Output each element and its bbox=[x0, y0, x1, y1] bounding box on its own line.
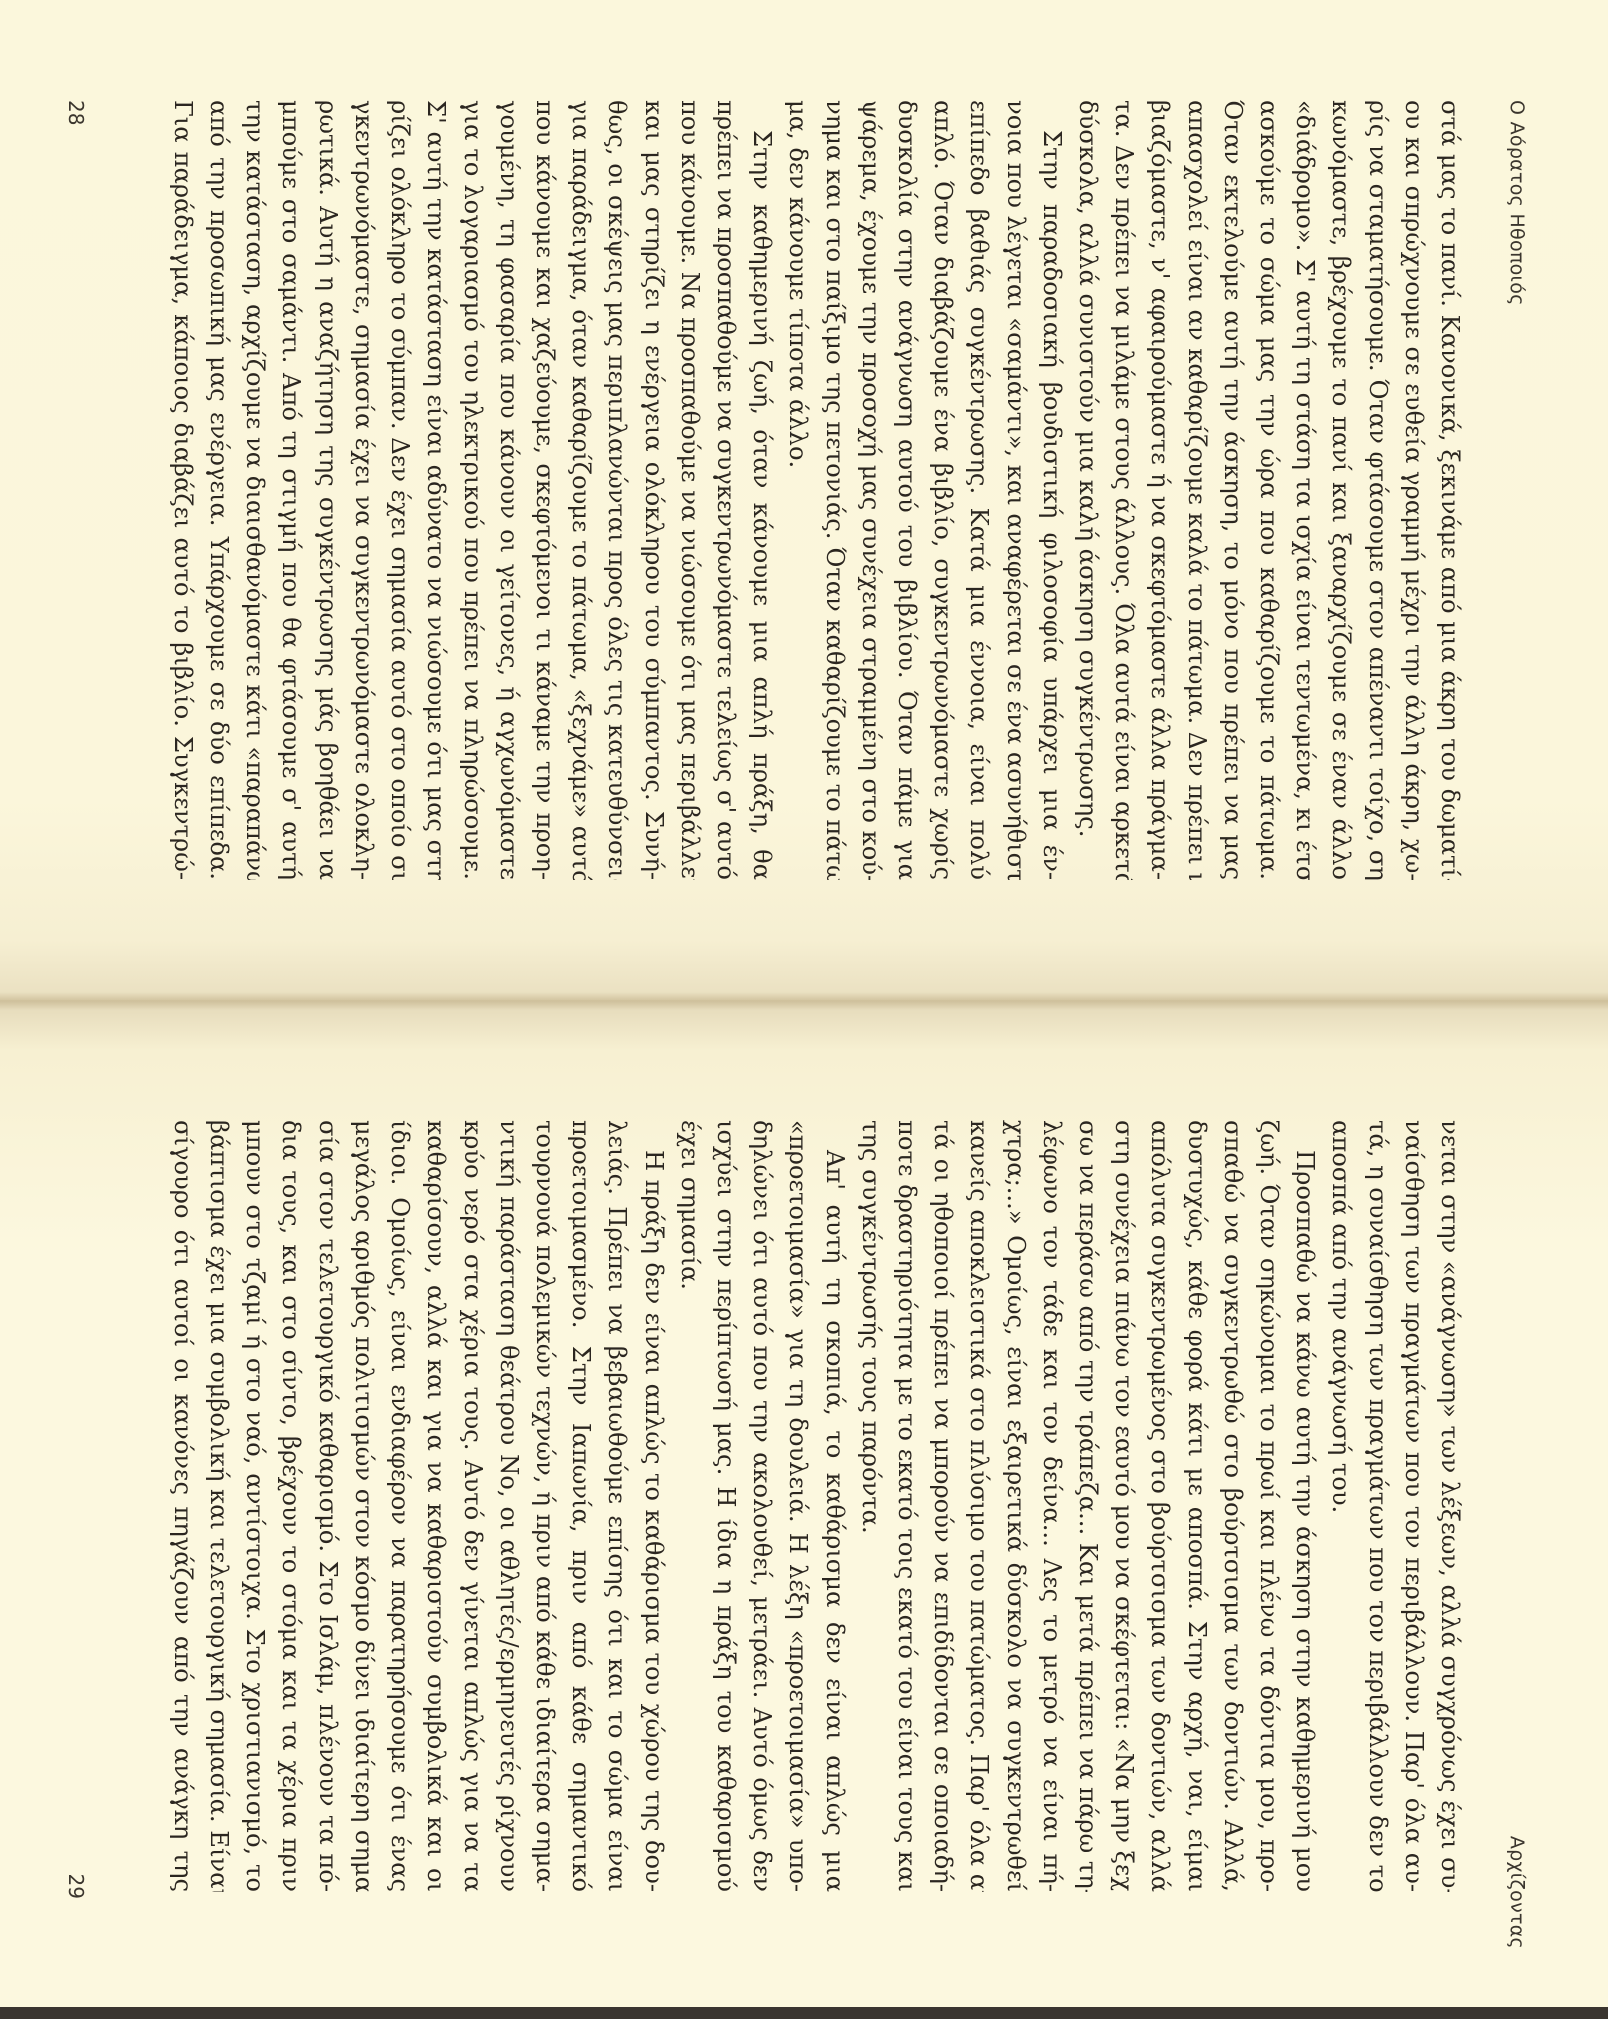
text-line: κρύο νερό στα χέρια τους. Αυτό δεν γίνετ… bbox=[454, 1120, 490, 1892]
text-line: δυστυχώς, κάθε φορά κάτι με αποσπά. Στην… bbox=[1178, 1120, 1214, 1892]
text-line: τουρνουά πολεμικών τεχνών, ή πριν από κά… bbox=[527, 1120, 563, 1892]
left-page-number: 28 bbox=[64, 100, 88, 125]
book-spine-gutter bbox=[0, 992, 1608, 1010]
text-line: προετοιμασμένο. Στην Ιαπωνία, πριν από κ… bbox=[563, 1120, 599, 1892]
text-line: ασκούμε το σώμα μας την ώρα που καθαρίζο… bbox=[1251, 100, 1287, 880]
text-line: Η πράξη δεν είναι απλώς το καθάρισμα του… bbox=[635, 1120, 671, 1892]
text-line: μεγάλος αριθμός πολιτισμών στον κόσμο δί… bbox=[346, 1120, 382, 1892]
text-line: ποτε δραστηριότητα με το εκατό τοις εκατ… bbox=[889, 1120, 925, 1892]
left-page: Ο Αόρατος Ηθοποιός στά μας το πανί. Κανο… bbox=[0, 0, 1608, 1000]
text-line: απόλυτα συγκεντρωμένος στο βούρτσισμα τω… bbox=[1142, 1120, 1178, 1892]
text-line: από την προσωπική μας ενέργεια. Υπάρχουμ… bbox=[201, 100, 237, 880]
text-line: που κάνουμε και χαζεύουμε, σκεφτόμενοι τ… bbox=[527, 100, 563, 880]
text-line: σίγουρο ότι αυτοί οι κανόνες πηγάζουν απ… bbox=[165, 1120, 201, 1892]
text-line: Στην παραδοσιακή βουδιστική φιλοσοφία υπ… bbox=[1034, 100, 1070, 880]
text-line: στη συνέχεια πιάνω τον εαυτό μου να σκέφ… bbox=[1106, 1120, 1142, 1892]
text-line: καθαρίσουν, αλλά και για να καθαριστούν … bbox=[418, 1120, 454, 1892]
text-line: «προετοιμασία» για τη δουλειά. Η λέξη «π… bbox=[780, 1120, 816, 1892]
text-line: νημα και στο παίξιμο της πετονιάς. Όταν … bbox=[816, 100, 852, 880]
text-line: την κατάσταση, αρχίζουμε να διαισθανόμασ… bbox=[237, 100, 273, 880]
text-line: έχει σημασία. bbox=[672, 1120, 708, 1892]
scanned-book-spread: Ο Αόρατος Ηθοποιός στά μας το πανί. Κανο… bbox=[0, 0, 1608, 2019]
text-line: κωνόμαστε, βρέχουμε το πανί και ξαναρχίζ… bbox=[1323, 100, 1359, 880]
text-line: για παράδειγμα, όταν καθαρίζουμε το πάτω… bbox=[563, 100, 599, 880]
text-line: ναίσθηση των πραγμάτων που τον περιβάλλο… bbox=[1396, 1120, 1432, 1892]
text-line: βάπτισμα έχει μια συμβολική και τελετουρ… bbox=[201, 1120, 237, 1892]
text-line: μπούμε στο σαμάντι. Από τη στιγμή που θα… bbox=[273, 100, 309, 880]
text-line: μπουν στο τζαμί ή στο ναό, αντίστοιχα. Σ… bbox=[237, 1120, 273, 1892]
text-line: σία στον τελετουργικό καθαρισμό. Στο Ισλ… bbox=[310, 1120, 346, 1892]
text-line: της συγκέντρωσής τους παρόντα. bbox=[853, 1120, 889, 1892]
text-line: Απ' αυτή τη σκοπιά, το καθάρισμα δεν είν… bbox=[816, 1120, 852, 1892]
text-line: δυσκολία στην ανάγνωση αυτού του βιβλίου… bbox=[889, 100, 925, 880]
text-line: ισχύει στην περίπτωσή μας. Η ίδια η πράξ… bbox=[708, 1120, 744, 1892]
text-line: γουμένη, τη φασαρία που κάνουν οι γείτον… bbox=[491, 100, 527, 880]
text-line: βιαζόμαστε, ν' αφαιρούμαστε ή να σκεφτόμ… bbox=[1142, 100, 1178, 880]
text-line: σω να περάσω από την τράπεζα... Και μετά… bbox=[1070, 1120, 1106, 1892]
text-line: ντική παράσταση θεάτρου Νο, οι αθλητές/ε… bbox=[491, 1120, 527, 1892]
page-edge-shadow bbox=[0, 2007, 1608, 2019]
text-line: πρέπει να προσπαθούμε να συγκεντρωνόμαστ… bbox=[708, 100, 744, 880]
text-line: ρωτικά. Αυτή η αναζήτηση της συγκέντρωση… bbox=[310, 100, 346, 880]
text-line: δύσκολα, αλλά συνιστούν μια καλή άσκηση … bbox=[1070, 100, 1106, 880]
text-line: γκεντρωνόμαστε, σημασία έχει να συγκεντρ… bbox=[346, 100, 382, 880]
right-page-body: νεται στην «ανάγνωση» των λέξεων, αλλά σ… bbox=[165, 1120, 1468, 1892]
text-line: τά, η συναίσθηση των πραγμάτων που τον π… bbox=[1359, 1120, 1395, 1892]
text-line: ρίς να σταματήσουμε. Όταν φτάσουμε στον … bbox=[1359, 100, 1395, 880]
text-line: δια τους, και στο σίντο, βρέχουν το στόμ… bbox=[273, 1120, 309, 1892]
text-line: σπαθώ να συγκεντρωθώ στο βούρτσισμα των … bbox=[1215, 1120, 1251, 1892]
text-line: απασχολεί είναι αν καθαρίζουμε καλά το π… bbox=[1178, 100, 1214, 880]
text-line: ζωή. Όταν σηκώνομαι το πρωί και πλένω τα… bbox=[1251, 1120, 1287, 1892]
text-line: θως, οι σκέψεις μας περιπλανώνται προς ό… bbox=[599, 100, 635, 880]
text-line: χτρα;...» Ομοίως, είναι εξαιρετικά δύσκο… bbox=[997, 1120, 1033, 1892]
text-line: Όταν εκτελούμε αυτή την άσκηση, το μόνο … bbox=[1215, 100, 1251, 880]
text-line: κανείς αποκλειστικά στο πλύσιμο του πατώ… bbox=[961, 1120, 997, 1892]
text-line: Προσπαθώ να κάνω αυτή την άσκηση στην κα… bbox=[1287, 1120, 1323, 1892]
text-line: δηλώνει ότι αυτό που την ακολουθεί, μετρ… bbox=[744, 1120, 780, 1892]
right-page: Αρχίζοντας νεται στην «ανάγνωση» των λέξ… bbox=[0, 1000, 1608, 2019]
text-line: λέφωνο τον τάδε και τον δείνα... Λες το … bbox=[1034, 1120, 1070, 1892]
text-line: επίπεδο βαθιάς συγκέντρωσης. Κατά μια έν… bbox=[961, 100, 997, 880]
text-line: ρίζει ολόκληρο το σύμπαν. Δεν έχει σημασ… bbox=[382, 100, 418, 880]
text-line: Σ' αυτή την κατάσταση είναι αδύνατο να ν… bbox=[418, 100, 454, 880]
text-line: Για παράδειγμα, κάποιος διαβάζει αυτό το… bbox=[165, 100, 201, 880]
text-line: Στην καθημερινή ζωή, όταν κάνουμε μια απ… bbox=[744, 100, 780, 880]
text-line: «διάδρομο». Σ' αυτή τη στάση τα ισχία εί… bbox=[1287, 100, 1323, 880]
text-line: στά μας το πανί. Κανονικά, ξεκινάμε από … bbox=[1432, 100, 1468, 880]
text-line: για το λογαριασμό του ηλεκτρικού που πρέ… bbox=[454, 100, 490, 880]
book-spread-rotated: Ο Αόρατος Ηθοποιός στά μας το πανί. Κανο… bbox=[0, 0, 1608, 2019]
text-line: απλό. Όταν διαβάζουμε ένα βιβλίο, συγκεν… bbox=[925, 100, 961, 880]
text-line: νοια που λέγεται «σαμάντι», και αναφέρετ… bbox=[997, 100, 1033, 880]
text-line: ου και σπρώχνουμε σε ευθεία γραμμή μέχρι… bbox=[1396, 100, 1432, 880]
text-line: τα. Δεν πρέπει να μιλάμε στους άλλους. Ό… bbox=[1106, 100, 1142, 880]
text-line: λειάς. Πρέπει να βεβαιωθούμε επίσης ότι … bbox=[599, 1120, 635, 1892]
text-line: ίδιοι. Ομοίως, είναι ενδιαφέρον να παρατ… bbox=[382, 1120, 418, 1892]
left-running-head: Ο Αόρατος Ηθοποιός bbox=[1506, 100, 1528, 306]
text-line: και μας στηρίζει η ενέργεια ολόκληρου το… bbox=[635, 100, 671, 880]
text-line: τά οι ηθοποιοί πρέπει να μπορούν να επιδ… bbox=[925, 1120, 961, 1892]
text-line: νεται στην «ανάγνωση» των λέξεων, αλλά σ… bbox=[1432, 1120, 1468, 1892]
text-line: αποσπά από την ανάγνωσή του. bbox=[1323, 1120, 1359, 1892]
right-running-head: Αρχίζοντας bbox=[1506, 1836, 1528, 1949]
text-line: μα, δεν κάνουμε τίποτα άλλο. bbox=[780, 100, 816, 880]
text-line: που κάνουμε. Να προσπαθούμε να νιώσουμε … bbox=[672, 100, 708, 880]
right-page-number: 29 bbox=[64, 1874, 88, 1899]
left-page-body: στά μας το πανί. Κανονικά, ξεκινάμε από … bbox=[165, 100, 1468, 880]
text-line: ψάρεμα, έχουμε την προσοχή μας συνέχεια … bbox=[853, 100, 889, 880]
